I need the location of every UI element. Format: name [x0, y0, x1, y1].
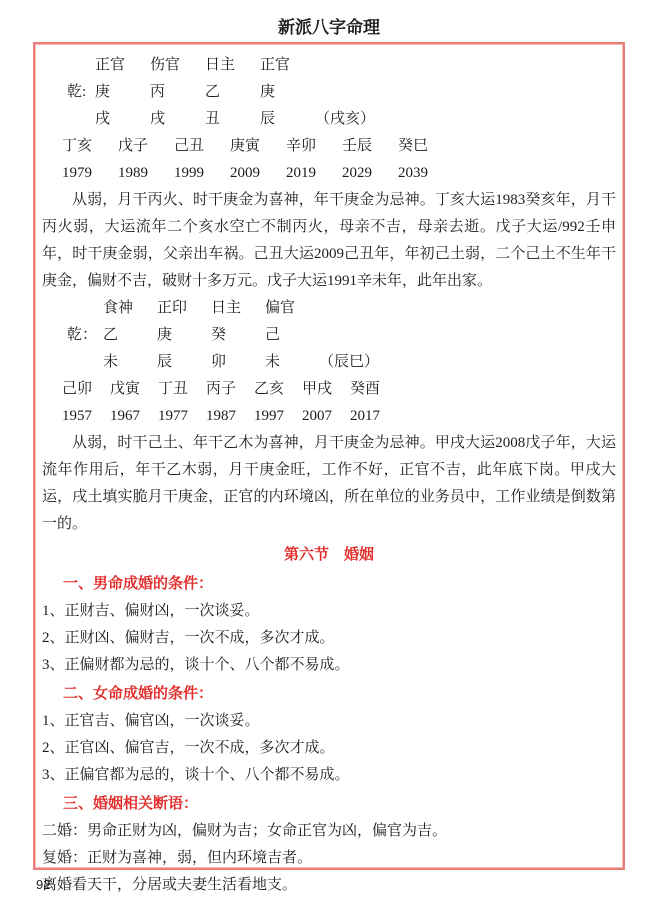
luck-pillars-row: 丁亥戊子己丑庚寅辛卯壬辰癸巳 — [62, 133, 616, 160]
branch-note: （辰巳） — [319, 349, 379, 376]
branch-note: （戌亥） — [315, 106, 375, 133]
luck-year: 1987 — [206, 403, 254, 430]
page-title: 新派八字命理 — [0, 0, 658, 42]
branch-cell: 辰 — [157, 349, 211, 376]
branch-cell: 丑 — [205, 106, 260, 133]
luck-pillar: 辛卯 — [286, 133, 342, 160]
stem-cell: 己 — [265, 322, 319, 349]
stars-row: 食神正印日主偏官 — [67, 295, 616, 322]
branch-cell: 未 — [265, 349, 319, 376]
luck-pillar: 己卯 — [62, 376, 110, 403]
star-cell: 食神 — [103, 295, 157, 322]
star-cell: 伤官 — [150, 52, 205, 79]
list-item: 1、正财吉、偏财凶，一次谈妥。 — [42, 598, 616, 625]
branch-cell: 辰 — [260, 106, 315, 133]
luck-pillars-row: 己卯戊寅丁丑丙子乙亥甲戌癸酉 — [62, 376, 616, 403]
luck-years-row: 1979198919992009201920292039 — [62, 160, 616, 187]
luck-years-row: 1957196719771987199720072017 — [62, 403, 616, 430]
luck-year: 2029 — [342, 160, 398, 187]
stem-cell: 庚 — [95, 79, 150, 106]
list-item: 2、正财凶、偏财吉，一次不成，多次才成。 — [42, 625, 616, 652]
star-cell: 偏官 — [265, 295, 319, 322]
luck-pillar: 癸酉 — [350, 376, 398, 403]
luck-year: 1977 — [158, 403, 206, 430]
branch-cell: 戌 — [150, 106, 205, 133]
luck-year: 2017 — [350, 403, 398, 430]
luck-pillar: 甲戌 — [302, 376, 350, 403]
luck-year: 1967 — [110, 403, 158, 430]
luck-pillar: 丙子 — [206, 376, 254, 403]
stars-row: 正官伤官日主正官 — [67, 52, 616, 79]
list-item: 二婚：男命正财为凶，偏财为吉；女命正官为凶，偏官为吉。 — [42, 818, 616, 845]
stem-cell: 庚 — [260, 79, 315, 106]
stem-cell: 丙 — [150, 79, 205, 106]
luck-pillar: 乙亥 — [254, 376, 302, 403]
luck-year: 1979 — [62, 160, 118, 187]
luck-pillar: 丁丑 — [158, 376, 206, 403]
branch-cell: 戌 — [95, 106, 150, 133]
branches-row: 未辰卯未（辰巳） — [67, 349, 616, 376]
stems-row: 乾：乙庚癸己 — [67, 322, 616, 349]
star-cell: 正官 — [95, 52, 150, 79]
luck-year: 2009 — [230, 160, 286, 187]
stem-cell: 乙 — [103, 322, 157, 349]
luck-year: 1989 — [118, 160, 174, 187]
luck-pillar: 庚寅 — [230, 133, 286, 160]
stem-cell: 乙 — [205, 79, 260, 106]
luck-pillar: 戊子 — [118, 133, 174, 160]
luck-year: 1999 — [174, 160, 230, 187]
luck-pillar: 己丑 — [174, 133, 230, 160]
bazi-chart-1: 正官伤官日主正官 乾:庚丙乙庚 戌戌丑辰（戌亥） 丁亥戊子己丑庚寅辛卯壬辰癸巳 … — [42, 52, 616, 295]
star-cell: 正印 — [157, 295, 211, 322]
subsection-male-marriage: 一、男命成婚的条件： 1、正财吉、偏财凶，一次谈妥。 2、正财凶、偏财吉，一次不… — [42, 570, 616, 679]
list-item: 3、正偏官都为忌的，谈十个、八个都不易成。 — [42, 762, 616, 789]
stem-cell: 庚 — [157, 322, 211, 349]
stems-row: 乾:庚丙乙庚 — [67, 79, 616, 106]
branch-cell: 未 — [103, 349, 157, 376]
list-item: 1、正官吉、偏官凶，一次谈妥。 — [42, 708, 616, 735]
content-box: 正官伤官日主正官 乾:庚丙乙庚 戌戌丑辰（戌亥） 丁亥戊子己丑庚寅辛卯壬辰癸巳 … — [33, 42, 625, 870]
gender-label: 乾: — [67, 79, 95, 106]
branches-row: 戌戌丑辰（戌亥） — [67, 106, 616, 133]
luck-pillar: 壬辰 — [342, 133, 398, 160]
subsection-heading: 三、婚姻相关断语： — [63, 790, 616, 818]
list-item: 3、正偏财都为忌的，谈十个、八个都不易成。 — [42, 652, 616, 679]
subsection-heading: 一、男命成婚的条件： — [63, 570, 616, 598]
star-cell: 日主 — [211, 295, 265, 322]
gender-label: 乾： — [67, 322, 103, 349]
subsection-heading: 二、女命成婚的条件： — [63, 680, 616, 708]
list-item: 2、正官凶、偏官吉，一次不成，多次才成。 — [42, 735, 616, 762]
branch-cell: 卯 — [211, 349, 265, 376]
luck-pillar: 戊寅 — [110, 376, 158, 403]
stem-cell: 癸 — [211, 322, 265, 349]
star-cell: 日主 — [205, 52, 260, 79]
luck-year: 2019 — [286, 160, 342, 187]
luck-pillar: 癸巳 — [398, 133, 454, 160]
luck-pillar: 丁亥 — [62, 133, 118, 160]
chart2-analysis: 从弱，时干己土、年干乙木为喜神，月干庚金为忌神。甲戌大运2008戊子年，大运流年… — [42, 430, 616, 538]
subsection-female-marriage: 二、女命成婚的条件： 1、正官吉、偏官凶，一次谈妥。 2、正官凶、偏官吉，一次不… — [42, 680, 616, 789]
star-cell: 正官 — [260, 52, 315, 79]
luck-year: 1957 — [62, 403, 110, 430]
luck-year: 1997 — [254, 403, 302, 430]
list-item: 复婚：正财为喜神，弱，但内环境吉者。 — [42, 845, 616, 872]
luck-year: 2039 — [398, 160, 454, 187]
luck-year: 2007 — [302, 403, 350, 430]
bazi-chart-2: 食神正印日主偏官 乾：乙庚癸己 未辰卯未（辰巳） 己卯戊寅丁丑丙子乙亥甲戌癸酉 … — [42, 295, 616, 538]
document-page: 新派八字命理 正官伤官日主正官 乾:庚丙乙庚 戌戌丑辰（戌亥） 丁亥戊子己丑庚寅… — [0, 0, 658, 892]
section-title: 第六节 婚姻 — [42, 541, 616, 569]
chart1-analysis: 从弱，月干丙火、时干庚金为喜神，年干庚金为忌神。丁亥大运1983癸亥年，月干丙火… — [42, 187, 616, 295]
